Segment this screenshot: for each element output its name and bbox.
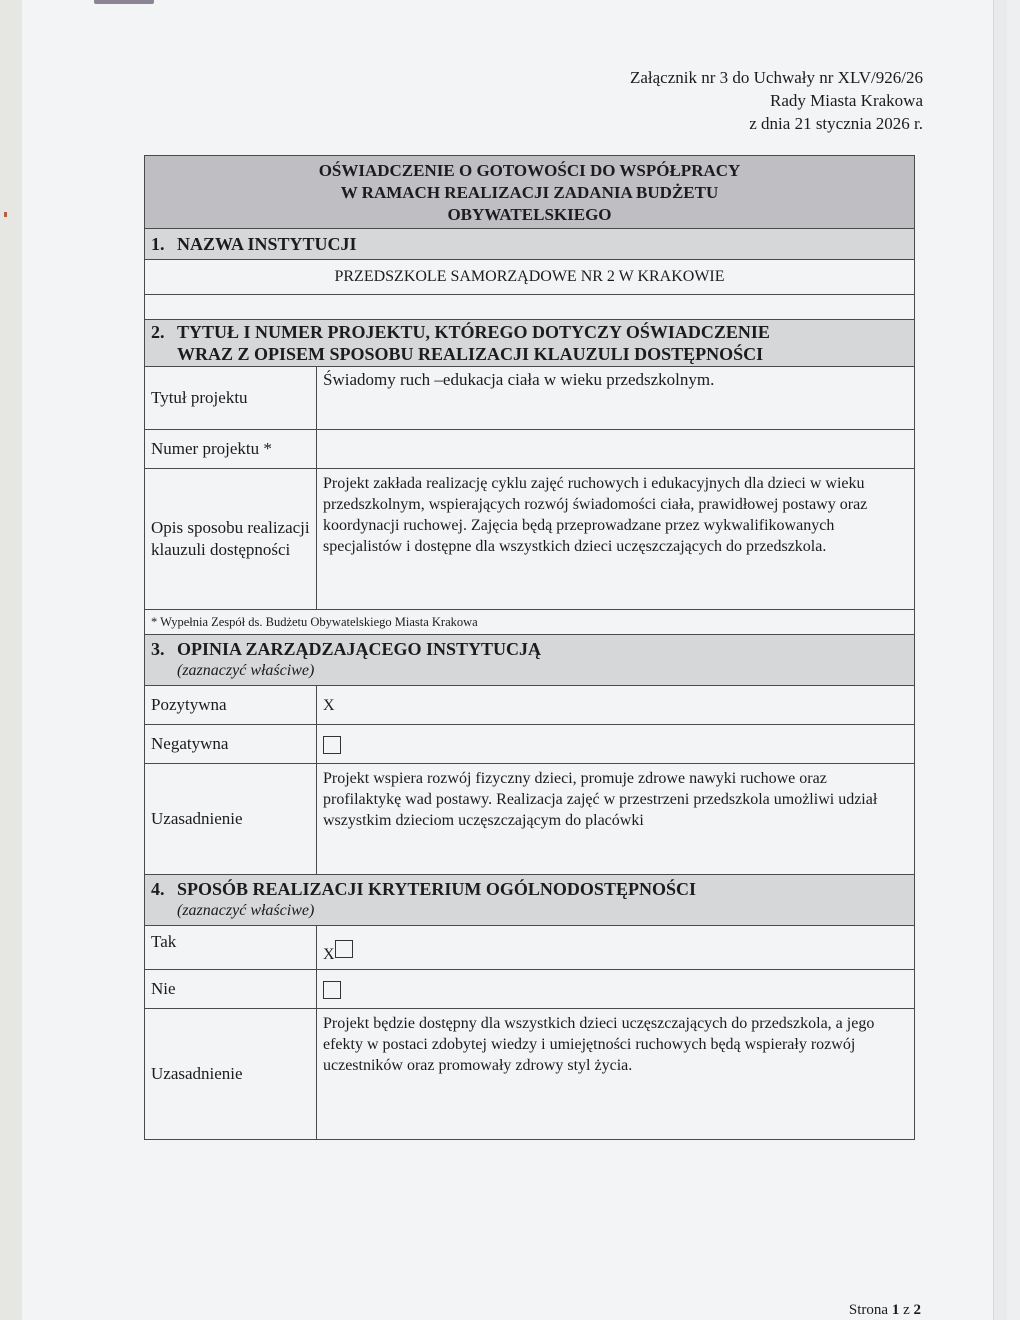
page-number: Strona 1 z 2 (849, 1302, 921, 1319)
section-3-heading: 3.OPINIA ZARZĄDZAJĄCEGO INSTYTUCJĄ (zazn… (145, 635, 915, 686)
section-2-title-line-1: TYTUŁ I NUMER PROJEKTU, KTÓREGO DOTYCZY … (177, 322, 770, 342)
form-title-line-3: OBYWATELSKIEGO (151, 204, 908, 226)
accessibility-no-checkbox[interactable] (323, 981, 341, 999)
annex-line-3: z dnia 21 stycznia 2026 r. (630, 112, 923, 135)
scan-right-edge (993, 0, 1007, 1320)
paper-clip-mark (94, 0, 154, 4)
page-number-total: 2 (914, 1302, 922, 1318)
form-title: OŚWIADCZENIE O GOTOWOŚCI DO WSPÓŁPRACY W… (145, 156, 915, 229)
section-1-heading: 1.NAZWA INSTYTUCJI (145, 229, 915, 260)
opinion-negative-checkbox[interactable] (323, 736, 341, 754)
spacer-row (145, 295, 915, 320)
annex-line-1: Załącznik nr 3 do Uchwały nr XLV/926/26 (630, 66, 923, 89)
accessibility-yes-cell: X (317, 926, 915, 970)
section-4-title: SPOSÓB REALIZACJI KRYTERIUM OGÓLNODOSTĘP… (177, 879, 696, 899)
accessibility-yes-label: Tak (145, 926, 317, 970)
accessibility-description-value: Projekt zakłada realizację cyklu zajęć r… (317, 469, 915, 610)
section-4-number: 4. (151, 878, 177, 900)
accessibility-yes-mark: X (323, 946, 335, 963)
section-2-number: 2. (151, 321, 177, 343)
form-title-line-2: W RAMACH REALIZACJI ZADANIA BUDŻETU (151, 182, 908, 204)
accessibility-justification-value: Projekt będzie dostępny dla wszystkich d… (317, 1009, 915, 1140)
section-1-number: 1. (151, 233, 177, 255)
accessibility-justification-label: Uzasadnienie (145, 1009, 317, 1140)
project-title-label: Tytuł projektu (145, 367, 317, 430)
opinion-justification-label: Uzasadnienie (145, 764, 317, 875)
footnote: * Wypełnia Zespół ds. Budżetu Obywatelsk… (145, 610, 915, 635)
section-3-number: 3. (151, 638, 177, 660)
section-3-subtitle: (zaznaczyć właściwe) (151, 660, 908, 682)
opinion-negative-cell (317, 725, 915, 764)
opinion-justification-value: Projekt wspiera rozwój fizyczny dzieci, … (317, 764, 915, 875)
section-4-heading: 4.SPOSÓB REALIZACJI KRYTERIUM OGÓLNODOST… (145, 875, 915, 926)
page-number-current: 1 (892, 1302, 900, 1318)
section-1-title: NAZWA INSTYTUCJI (177, 234, 357, 254)
scan-left-edge (0, 0, 22, 1320)
project-number-value (317, 430, 915, 469)
section-2-title-line-2: WRAZ Z OPISEM SPOSOBU REALIZACJI KLAUZUL… (151, 343, 908, 365)
project-title-value: Świadomy ruch –edukacja ciała w wieku pr… (317, 367, 915, 430)
page-number-separator: z (903, 1302, 910, 1318)
opinion-positive-mark[interactable]: X (323, 697, 335, 714)
declaration-form: OŚWIADCZENIE O GOTOWOŚCI DO WSPÓŁPRACY W… (144, 155, 915, 1140)
form-title-line-1: OŚWIADCZENIE O GOTOWOŚCI DO WSPÓŁPRACY (151, 160, 908, 182)
accessibility-no-label: Nie (145, 970, 317, 1009)
opinion-positive-cell: X (317, 686, 915, 725)
opinion-negative-label: Negatywna (145, 725, 317, 764)
annex-line-2: Rady Miasta Krakowa (630, 89, 923, 112)
project-number-label: Numer projektu * (145, 430, 317, 469)
document-page: Załącznik nr 3 do Uchwały nr XLV/926/26 … (22, 0, 1007, 1320)
scan-artifact (4, 212, 7, 217)
page-number-prefix: Strona (849, 1302, 888, 1318)
section-2-heading: 2.TYTUŁ I NUMER PROJEKTU, KTÓREGO DOTYCZ… (145, 320, 915, 367)
section-4-subtitle: (zaznaczyć właściwe) (151, 900, 908, 922)
accessibility-no-cell (317, 970, 915, 1009)
opinion-positive-label: Pozytywna (145, 686, 317, 725)
accessibility-description-label: Opis sposobu realizacji klauzuli dostępn… (145, 469, 317, 610)
accessibility-yes-checkbox[interactable] (335, 940, 353, 958)
section-3-title: OPINIA ZARZĄDZAJĄCEGO INSTYTUCJĄ (177, 639, 541, 659)
institution-name: PRZEDSZKOLE SAMORZĄDOWE NR 2 W KRAKOWIE (145, 260, 915, 295)
annex-reference: Załącznik nr 3 do Uchwały nr XLV/926/26 … (630, 66, 923, 135)
